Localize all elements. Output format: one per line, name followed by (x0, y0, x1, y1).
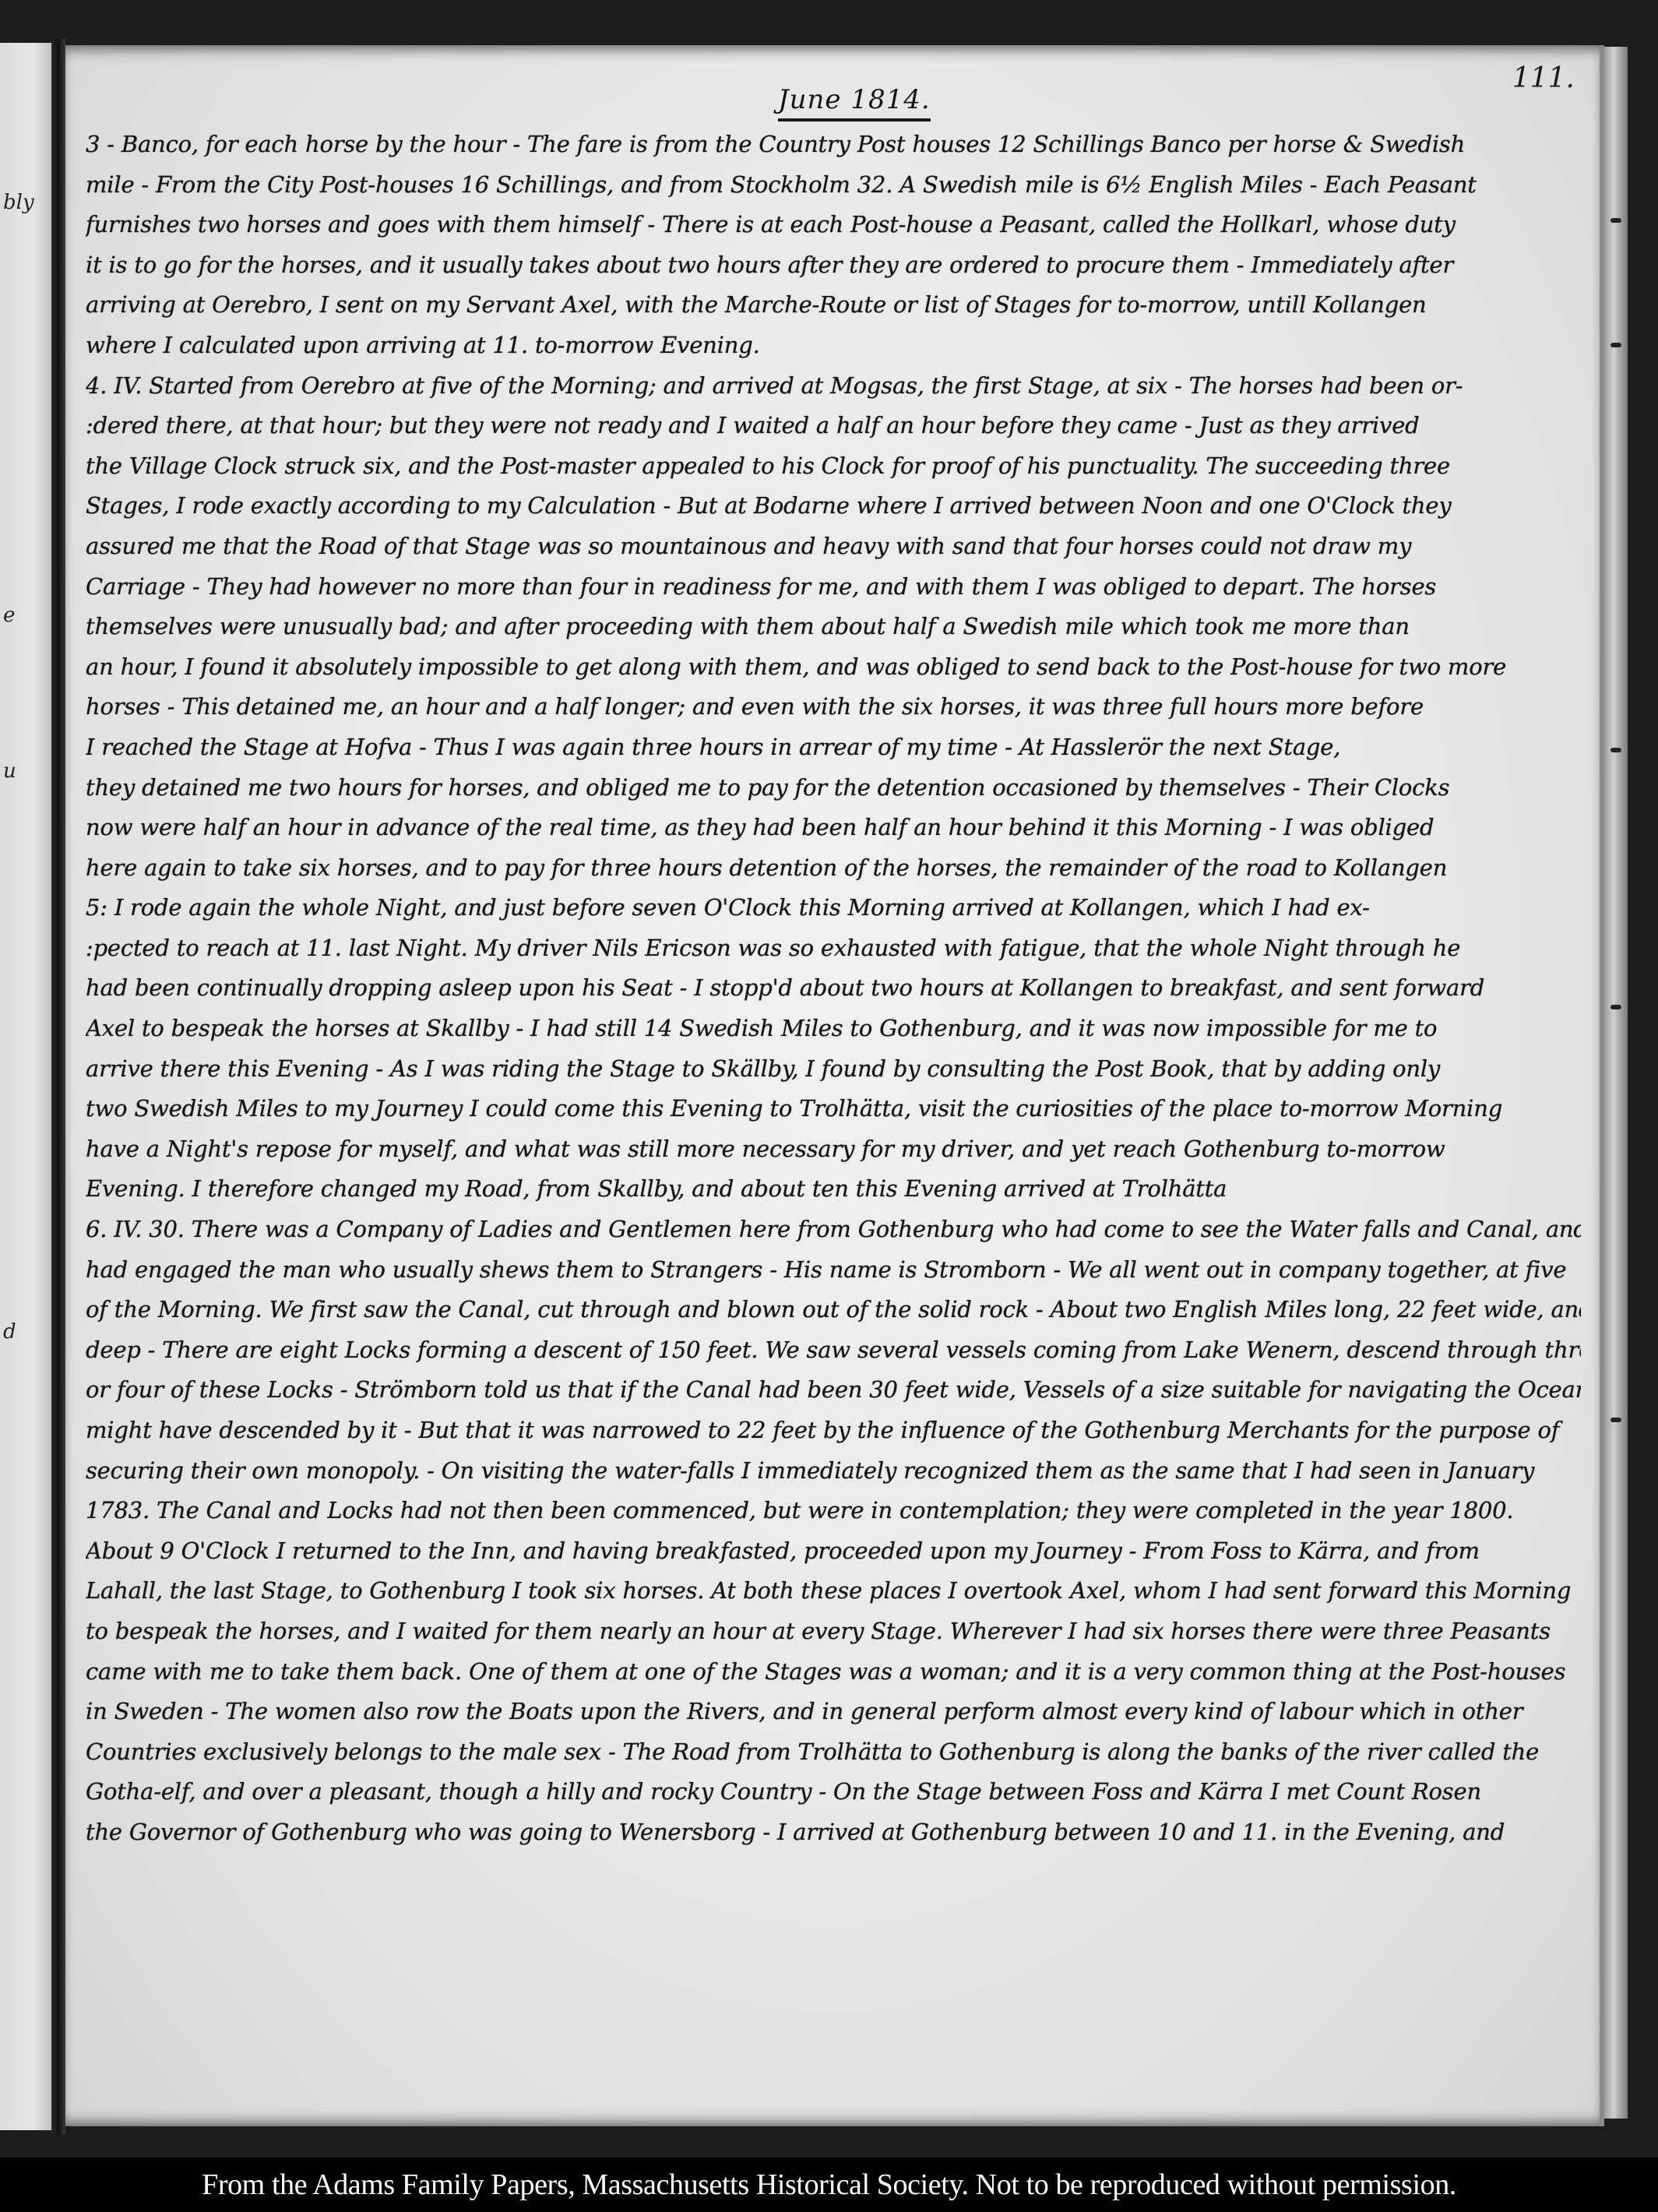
text-line: Evening. I therefore changed my Road, fr… (86, 1169, 1581, 1210)
facing-page-text: e (3, 604, 15, 627)
copyright-caption: From the Adams Family Papers, Massachuse… (0, 2157, 1658, 2212)
text-line: About 9 O'Clock I returned to the Inn, a… (86, 1531, 1581, 1572)
text-line: Stages, I rode exactly according to my C… (86, 486, 1581, 527)
text-line: :dered there, at that hour; but they wer… (86, 406, 1581, 446)
text-line: :pected to reach at 11. last Night. My d… (86, 928, 1581, 969)
page-header-date: June 1814. (778, 84, 931, 122)
manuscript-page: 111. June 1814. 3 - Banco, for each hors… (65, 45, 1604, 2126)
text-line: here again to take six horses, and to pa… (86, 848, 1581, 889)
text-line: the Governor of Gothenburg who was going… (86, 1812, 1581, 1853)
facing-page-text: bly (3, 191, 34, 214)
text-line: mile - From the City Post-houses 16 Schi… (86, 165, 1581, 206)
text-line: had engaged the man who usually shews th… (86, 1250, 1581, 1291)
text-line: had been continually dropping asleep upo… (86, 968, 1581, 1009)
facing-page-text: u (3, 759, 16, 783)
text-line: Gotha-elf, and over a pleasant, though a… (86, 1772, 1581, 1812)
text-line: it is to go for the horses, and it usual… (86, 245, 1581, 286)
text-line: where I calculated upon arriving at 11. … (86, 326, 1581, 366)
page-edge-mark (1610, 218, 1621, 223)
text-line: Axel to bespeak the horses at Skallby - … (86, 1009, 1581, 1049)
text-line: in Sweden - The women also row the Boats… (86, 1692, 1581, 1732)
text-line: arriving at Oerebro, I sent on my Servan… (86, 285, 1581, 326)
page-number: 111. (1512, 62, 1575, 94)
text-line: furnishes two horses and goes with them … (86, 205, 1581, 245)
text-line: an hour, I found it absolutely impossibl… (86, 647, 1581, 688)
text-line: 5: I rode again the whole Night, and jus… (86, 888, 1581, 928)
text-line: to bespeak the horses, and I waited for … (86, 1611, 1581, 1652)
text-line: Countries exclusively belongs to the mal… (86, 1732, 1581, 1773)
manuscript-text: 3 - Banco, for each horse by the hour - … (86, 125, 1581, 1893)
text-line: securing their own monopoly. - On visiti… (86, 1451, 1581, 1492)
text-line: 1783. The Canal and Locks had not then b… (86, 1491, 1581, 1531)
book-page-edge (1604, 47, 1628, 2119)
text-line: now were half an hour in advance of the … (86, 808, 1581, 848)
text-line (86, 1853, 1581, 1893)
page-edge-mark (1610, 748, 1621, 752)
text-line: horses - This detained me, an hour and a… (86, 687, 1581, 727)
text-line: Carriage - They had however no more than… (86, 567, 1581, 608)
text-line: I reached the Stage at Hofva - Thus I wa… (86, 727, 1581, 768)
facing-page-fragment: bly e u d (0, 43, 55, 2130)
text-line: 4. IV. Started from Oerebro at five of t… (86, 366, 1581, 407)
text-line: themselves were unusually bad; and after… (86, 607, 1581, 647)
text-line: came with me to take them back. One of t… (86, 1652, 1581, 1692)
text-line: or four of these Locks - Strömborn told … (86, 1370, 1581, 1411)
text-line: 6. IV. 30. There was a Company of Ladies… (86, 1210, 1581, 1250)
text-line: have a Night's repose for myself, and wh… (86, 1129, 1581, 1170)
scan-background: bly e u d 111. June 1814. 3 - Banco, for… (0, 0, 1658, 2157)
text-line: arrive there this Evening - As I was rid… (86, 1049, 1581, 1090)
text-line: they detained me two hours for horses, a… (86, 768, 1581, 808)
text-line: of the Morning. We first saw the Canal, … (86, 1290, 1581, 1330)
facing-page-text: d (3, 1320, 16, 1344)
text-line: the Village Clock struck six, and the Po… (86, 446, 1581, 487)
page-edge-mark (1610, 1005, 1621, 1009)
book-gutter (51, 39, 65, 2134)
text-line: 3 - Banco, for each horse by the hour - … (86, 125, 1581, 165)
text-line: deep - There are eight Locks forming a d… (86, 1330, 1581, 1371)
page-edge-mark (1610, 1418, 1621, 1422)
text-line: two Swedish Miles to my Journey I could … (86, 1089, 1581, 1129)
page-edge-mark (1610, 343, 1621, 347)
text-line: assured me that the Road of that Stage w… (86, 527, 1581, 567)
text-line: Lahall, the last Stage, to Gothenburg I … (86, 1571, 1581, 1611)
text-line: might have descended by it - But that it… (86, 1411, 1581, 1451)
